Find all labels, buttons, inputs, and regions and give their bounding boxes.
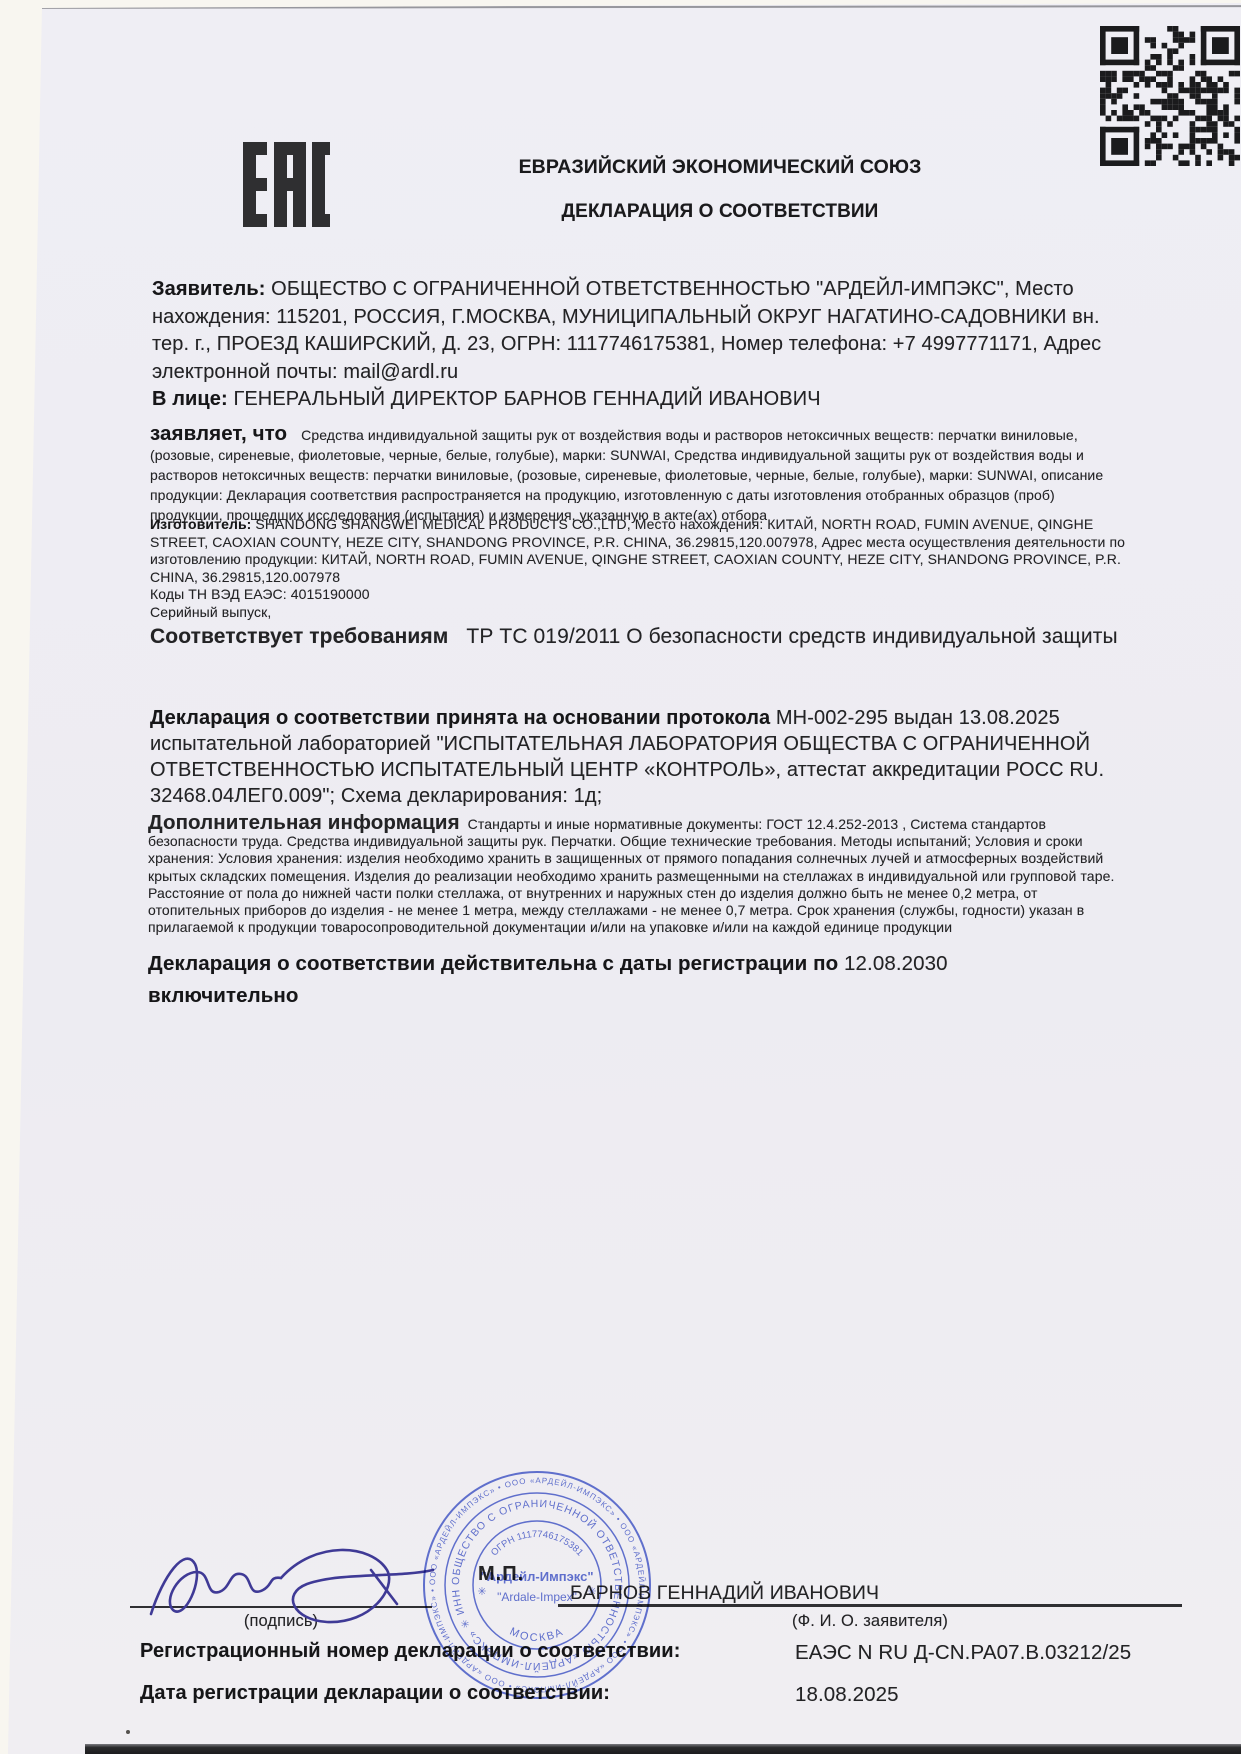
validity-date: 12.08.2030 [838, 952, 947, 975]
registration-number-value: ЕАЭС N RU Д-CN.РА07.В.03212/25 [795, 1641, 1131, 1665]
stamp-ogrn-arc-text: ОГРН 1117746175381 [489, 1529, 585, 1558]
stamp-center-name-ru: "Ардейл-Импэкс" [481, 1569, 594, 1584]
validity-suffix: включительно [148, 980, 1068, 1012]
document-header: ЕВРАЗИЙСКИЙ ЭКОНОМИЧЕСКИЙ СОЮЗ ДЕКЛАРАЦИ… [430, 156, 1010, 223]
validity-paragraph: Декларация о соответствии действительна … [148, 948, 1068, 1012]
stamp-city-text: МОСКВА [508, 1626, 567, 1645]
additional-info-text: Стандарты и иные нормативные документы: … [148, 816, 1114, 935]
paper-sheet: ЕВРАЗИЙСКИЙ ЭКОНОМИЧЕСКИЙ СОЮЗ ДЕКЛАРАЦИ… [0, 0, 1241, 1754]
additional-info-paragraph: Дополнительная информацияСтандарты и ины… [148, 814, 1130, 936]
declares-label: заявляет, что [150, 422, 287, 445]
applicant-paragraph: Заявитель: ОБЩЕСТВО С ОГРАНИЧЕННОЙ ОТВЕТ… [152, 276, 1107, 386]
basis-paragraph: Декларация о соответствии принята на осн… [150, 705, 1110, 809]
manufacturer-paragraph: Изготовитель: SHANDONG SHANGWEI MEDICAL … [150, 516, 1128, 586]
stamp-star-right: ✳ [587, 1586, 596, 1598]
scan-bottom-edge [85, 1744, 1241, 1754]
scan-top-edge [40, 5, 1241, 9]
validity-label: Декларация о соответствии действительна … [148, 952, 838, 975]
applicant-label: Заявитель: [152, 278, 266, 300]
registration-date-value: 18.08.2025 [795, 1683, 899, 1707]
declares-paragraph: заявляет, чтоСредства индивидуальной защ… [150, 424, 1128, 525]
scan-speck [126, 1730, 130, 1734]
manufacturer-text: SHANDONG SHANGWEI MEDICAL PRODUCTS CO.,L… [150, 516, 1125, 585]
union-title: ЕВРАЗИЙСКИЙ ЭКОНОМИЧЕСКИЙ СОЮЗ [430, 156, 1010, 179]
stamp-star-left: ✳ [477, 1586, 486, 1598]
scanned-declaration-page: { "header": { "union_title": "ЕВРАЗИЙСКИ… [0, 0, 1241, 1754]
applicant-text: ОБЩЕСТВО С ОГРАНИЧЕННОЙ ОТВЕТСТВЕННОСТЬЮ… [152, 278, 1101, 383]
document-title: ДЕКЛАРАЦИЯ О СООТВЕТСТВИИ [430, 201, 1010, 223]
tnved-codes-line: Коды ТН ВЭД ЕАЭС: 4015190000 [150, 586, 370, 602]
stamp-center-name-en: "Ardale-Impex" [497, 1590, 577, 1604]
conforms-paragraph: Соответствует требованиямТР ТС 019/2011 … [150, 625, 1150, 649]
serial-issue-line: Серийный выпуск, [150, 604, 271, 620]
eac-mark-icon [243, 142, 330, 227]
qr-code [1100, 26, 1240, 166]
manufacturer-label: Изготовитель: [150, 516, 251, 532]
conforms-label: Соответствует требованиям [150, 625, 448, 648]
basis-label: Декларация о соответствии принята на осн… [150, 707, 770, 729]
additional-info-label: Дополнительная информация [148, 811, 460, 834]
handwritten-signature [135, 1532, 445, 1644]
conforms-text: ТР ТС 019/2011 О безопасности средств ин… [466, 625, 1117, 648]
company-round-stamp: ООО «АРДЕЙЛ-ИМПЭКС» • ООО «АРДЕЙЛ-ИМПЭКС… [420, 1468, 654, 1702]
in-person-paragraph: В лице: ГЕНЕРАЛЬНЫЙ ДИРЕКТОР БАРНОВ ГЕНН… [152, 388, 1132, 411]
stamp-main-ring-text: ОБЩЕСТВО С ОГРАНИЧЕННОЙ ОТВЕТСТВЕННОСТЬЮ… [450, 1498, 624, 1673]
in-person-text: ГЕНЕРАЛЬНЫЙ ДИРЕКТОР БАРНОВ ГЕННАДИЙ ИВА… [228, 388, 821, 410]
in-person-label: В лице: [152, 388, 228, 410]
declares-text: Средства индивидуальной защиты рук от во… [150, 427, 1103, 523]
